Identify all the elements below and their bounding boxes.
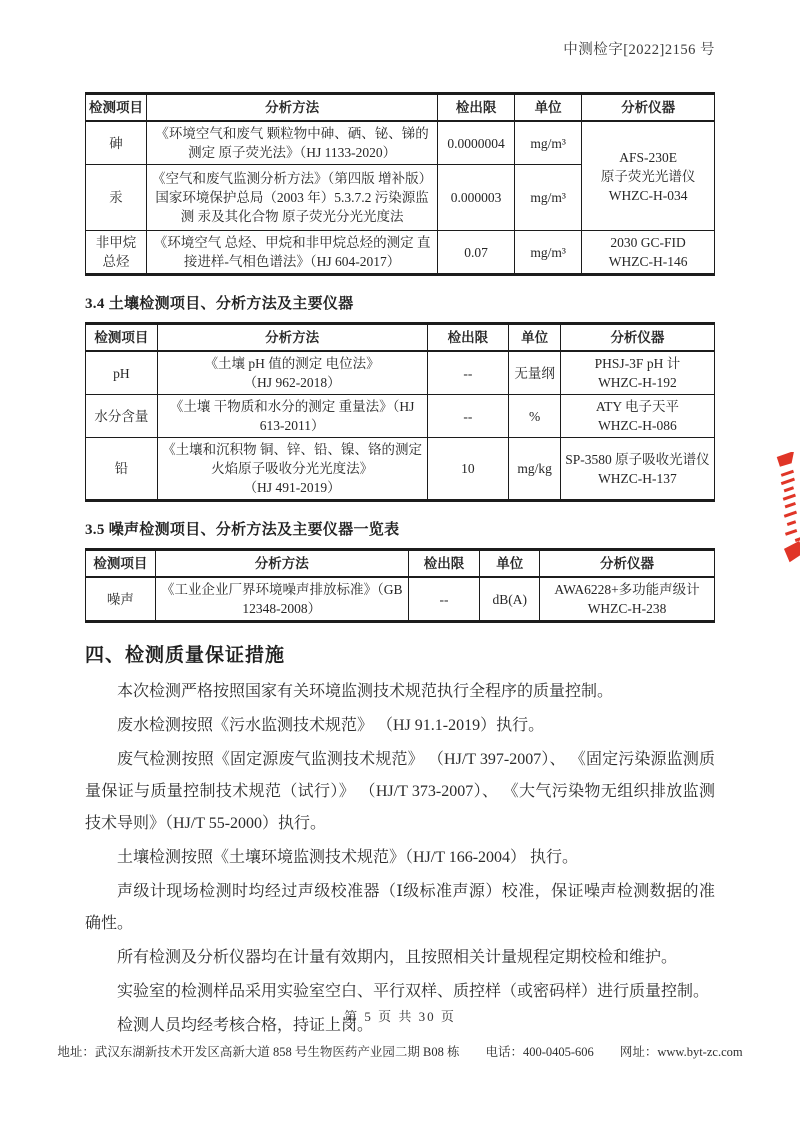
noise-methods-table: 检测项目 分析方法 检出限 单位 分析仪器 噪声 《工业企业厂界环境噪声排放标准…	[85, 548, 715, 623]
footer-website: 网址：www.byt-zc.com	[620, 1042, 743, 1060]
cell-method: 《环境空气和废气 颗粒物中砷、硒、铋、锑的测定 原子荧光法》（HJ 1133-2…	[147, 121, 438, 165]
cell-limit: 0.0000004	[438, 121, 515, 165]
cell-item: 噪声	[86, 577, 156, 622]
cell-method: 《工业企业厂界环境噪声排放标准》（GB 12348-2008）	[155, 577, 408, 622]
cell-unit: mg/kg	[509, 438, 561, 501]
cell-limit: --	[427, 395, 509, 438]
qa-paragraph: 声级计现场检测时均经过声级校准器（Ⅰ级标准声源）校准，保证噪声检测数据的准确性。	[85, 876, 715, 940]
table-row: 水分含量 《土壤 干物质和水分的测定 重量法》（HJ 613-2011） -- …	[86, 395, 715, 438]
col-header-method: 分析方法	[147, 94, 438, 122]
cell-item: 铅	[86, 438, 158, 501]
cell-unit: mg/m³	[514, 165, 581, 231]
col-header-limit: 检出限	[427, 324, 509, 352]
col-header-unit: 单位	[509, 324, 561, 352]
section-heading-qa: 四、检测质量保证措施	[85, 640, 715, 667]
qa-paragraph: 本次检测严格按照国家有关环境监测技术规范执行全程序的质量控制。	[85, 676, 715, 708]
qa-paragraph: 土壤检测按照《土壤环境监测技术规范》（HJ/T 166-2004） 执行。	[85, 842, 715, 874]
col-header-instrument: 分析仪器	[582, 94, 715, 122]
col-header-method: 分析方法	[155, 550, 408, 578]
col-header-limit: 检出限	[408, 550, 480, 578]
footer-phone: 电话：400-0405-606	[485, 1042, 593, 1060]
cell-unit: mg/m³	[514, 121, 581, 165]
page-number: 第 5 页 共 30 页	[0, 1006, 800, 1025]
col-header-item: 检测项目	[86, 324, 158, 352]
cell-instrument: AWA6228+多功能声级计 WHZC-H-238	[540, 577, 715, 622]
cell-item: 非甲烷总烃	[86, 231, 147, 275]
cell-instrument: PHSJ-3F pH 计 WHZC-H-192	[560, 351, 714, 395]
cell-instrument: SP-3580 原子吸收光谱仪 WHZC-H-137	[560, 438, 714, 501]
cell-limit: 0.07	[438, 231, 515, 275]
table-row: pH 《土壤 pH 值的测定 电位法》 （HJ 962-2018） -- 无量纲…	[86, 351, 715, 395]
cell-item: 砷	[86, 121, 147, 165]
cell-method: 《土壤 pH 值的测定 电位法》 （HJ 962-2018）	[157, 351, 427, 395]
section-heading-soil: 3.4 土壤检测项目、分析方法及主要仪器	[85, 292, 715, 313]
table-header-row: 检测项目 分析方法 检出限 单位 分析仪器	[86, 550, 715, 578]
doc-number: 中测检字[2022]2156 号	[85, 38, 715, 59]
cell-item: pH	[86, 351, 158, 395]
cell-instrument: AFS-230E 原子荧光光谱仪 WHZC-H-034	[582, 121, 715, 231]
table-row: 噪声 《工业企业厂界环境噪声排放标准》（GB 12348-2008） -- dB…	[86, 577, 715, 622]
cell-method: 《环境空气 总烃、甲烷和非甲烷总烃的测定 直接进样-气相色谱法》（HJ 604-…	[147, 231, 438, 275]
qa-paragraph: 废水检测按照《污水监测技术规范》 （HJ 91.1-2019）执行。	[85, 710, 715, 742]
table-row: 非甲烷总烃 《环境空气 总烃、甲烷和非甲烷总烃的测定 直接进样-气相色谱法》（H…	[86, 231, 715, 275]
footer-address: 地址：武汉东湖新技术开发区高新大道 858 号生物医药产业园二期 B08 栋	[57, 1042, 459, 1060]
table-header-row: 检测项目 分析方法 检出限 单位 分析仪器	[86, 324, 715, 352]
col-header-limit: 检出限	[438, 94, 515, 122]
col-header-instrument: 分析仪器	[560, 324, 714, 352]
cell-limit: 10	[427, 438, 509, 501]
col-header-item: 检测项目	[86, 94, 147, 122]
cell-unit: %	[509, 395, 561, 438]
cell-instrument: ATY 电子天平 WHZC-H-086	[560, 395, 714, 438]
col-header-method: 分析方法	[157, 324, 427, 352]
qa-paragraph: 实验室的检测样品采用实验室空白、平行双样、质控样（或密码样）进行质量控制。	[85, 976, 715, 1008]
col-header-unit: 单位	[480, 550, 540, 578]
col-header-instrument: 分析仪器	[540, 550, 715, 578]
cell-method: 《土壤和沉积物 铜、锌、铅、镍、铬的测定 火焰原子吸收分光光度法》 （HJ 49…	[157, 438, 427, 501]
col-header-item: 检测项目	[86, 550, 156, 578]
table-header-row: 检测项目 分析方法 检出限 单位 分析仪器	[86, 94, 715, 122]
cell-instrument: 2030 GC-FID WHZC-H-146	[582, 231, 715, 275]
qa-paragraph: 所有检测及分析仪器均在计量有效期内，且按照相关计量规程定期校检和维护。	[85, 942, 715, 974]
cell-item: 汞	[86, 165, 147, 231]
cell-method: 《土壤 干物质和水分的测定 重量法》（HJ 613-2011）	[157, 395, 427, 438]
report-page: 中测检字[2022]2156 号 检测项目 分析方法 检出限 单位 分析仪器 砷…	[0, 0, 800, 1131]
cell-limit: --	[427, 351, 509, 395]
cell-unit: dB(A)	[480, 577, 540, 622]
col-header-unit: 单位	[514, 94, 581, 122]
air-gas-methods-table: 检测项目 分析方法 检出限 单位 分析仪器 砷 《环境空气和废气 颗粒物中砷、硒…	[85, 92, 715, 276]
cell-unit: mg/m³	[514, 231, 581, 275]
cell-method: 《空气和废气监测分析方法》（第四版 增补版）国家环境保护总局（2003 年）5.…	[147, 165, 438, 231]
qa-paragraph: 废气检测按照《固定源废气监测技术规范》 （HJ/T 397-2007）、 《固定…	[85, 744, 715, 840]
table-row: 铅 《土壤和沉积物 铜、锌、铅、镍、铬的测定 火焰原子吸收分光光度法》 （HJ …	[86, 438, 715, 501]
cell-unit: 无量纲	[509, 351, 561, 395]
soil-methods-table: 检测项目 分析方法 检出限 单位 分析仪器 pH 《土壤 pH 值的测定 电位法…	[85, 322, 715, 502]
footer-contact: 地址：武汉东湖新技术开发区高新大道 858 号生物医药产业园二期 B08 栋 电…	[0, 1042, 800, 1060]
cell-limit: --	[408, 577, 480, 622]
cell-limit: 0.000003	[438, 165, 515, 231]
table-row: 砷 《环境空气和废气 颗粒物中砷、硒、铋、锑的测定 原子荧光法》（HJ 1133…	[86, 121, 715, 165]
qa-paragraphs: 本次检测严格按照国家有关环境监测技术规范执行全程序的质量控制。 废水检测按照《污…	[85, 676, 715, 1042]
cell-item: 水分含量	[86, 395, 158, 438]
section-heading-noise: 3.5 噪声检测项目、分析方法及主要仪器一览表	[85, 518, 715, 539]
